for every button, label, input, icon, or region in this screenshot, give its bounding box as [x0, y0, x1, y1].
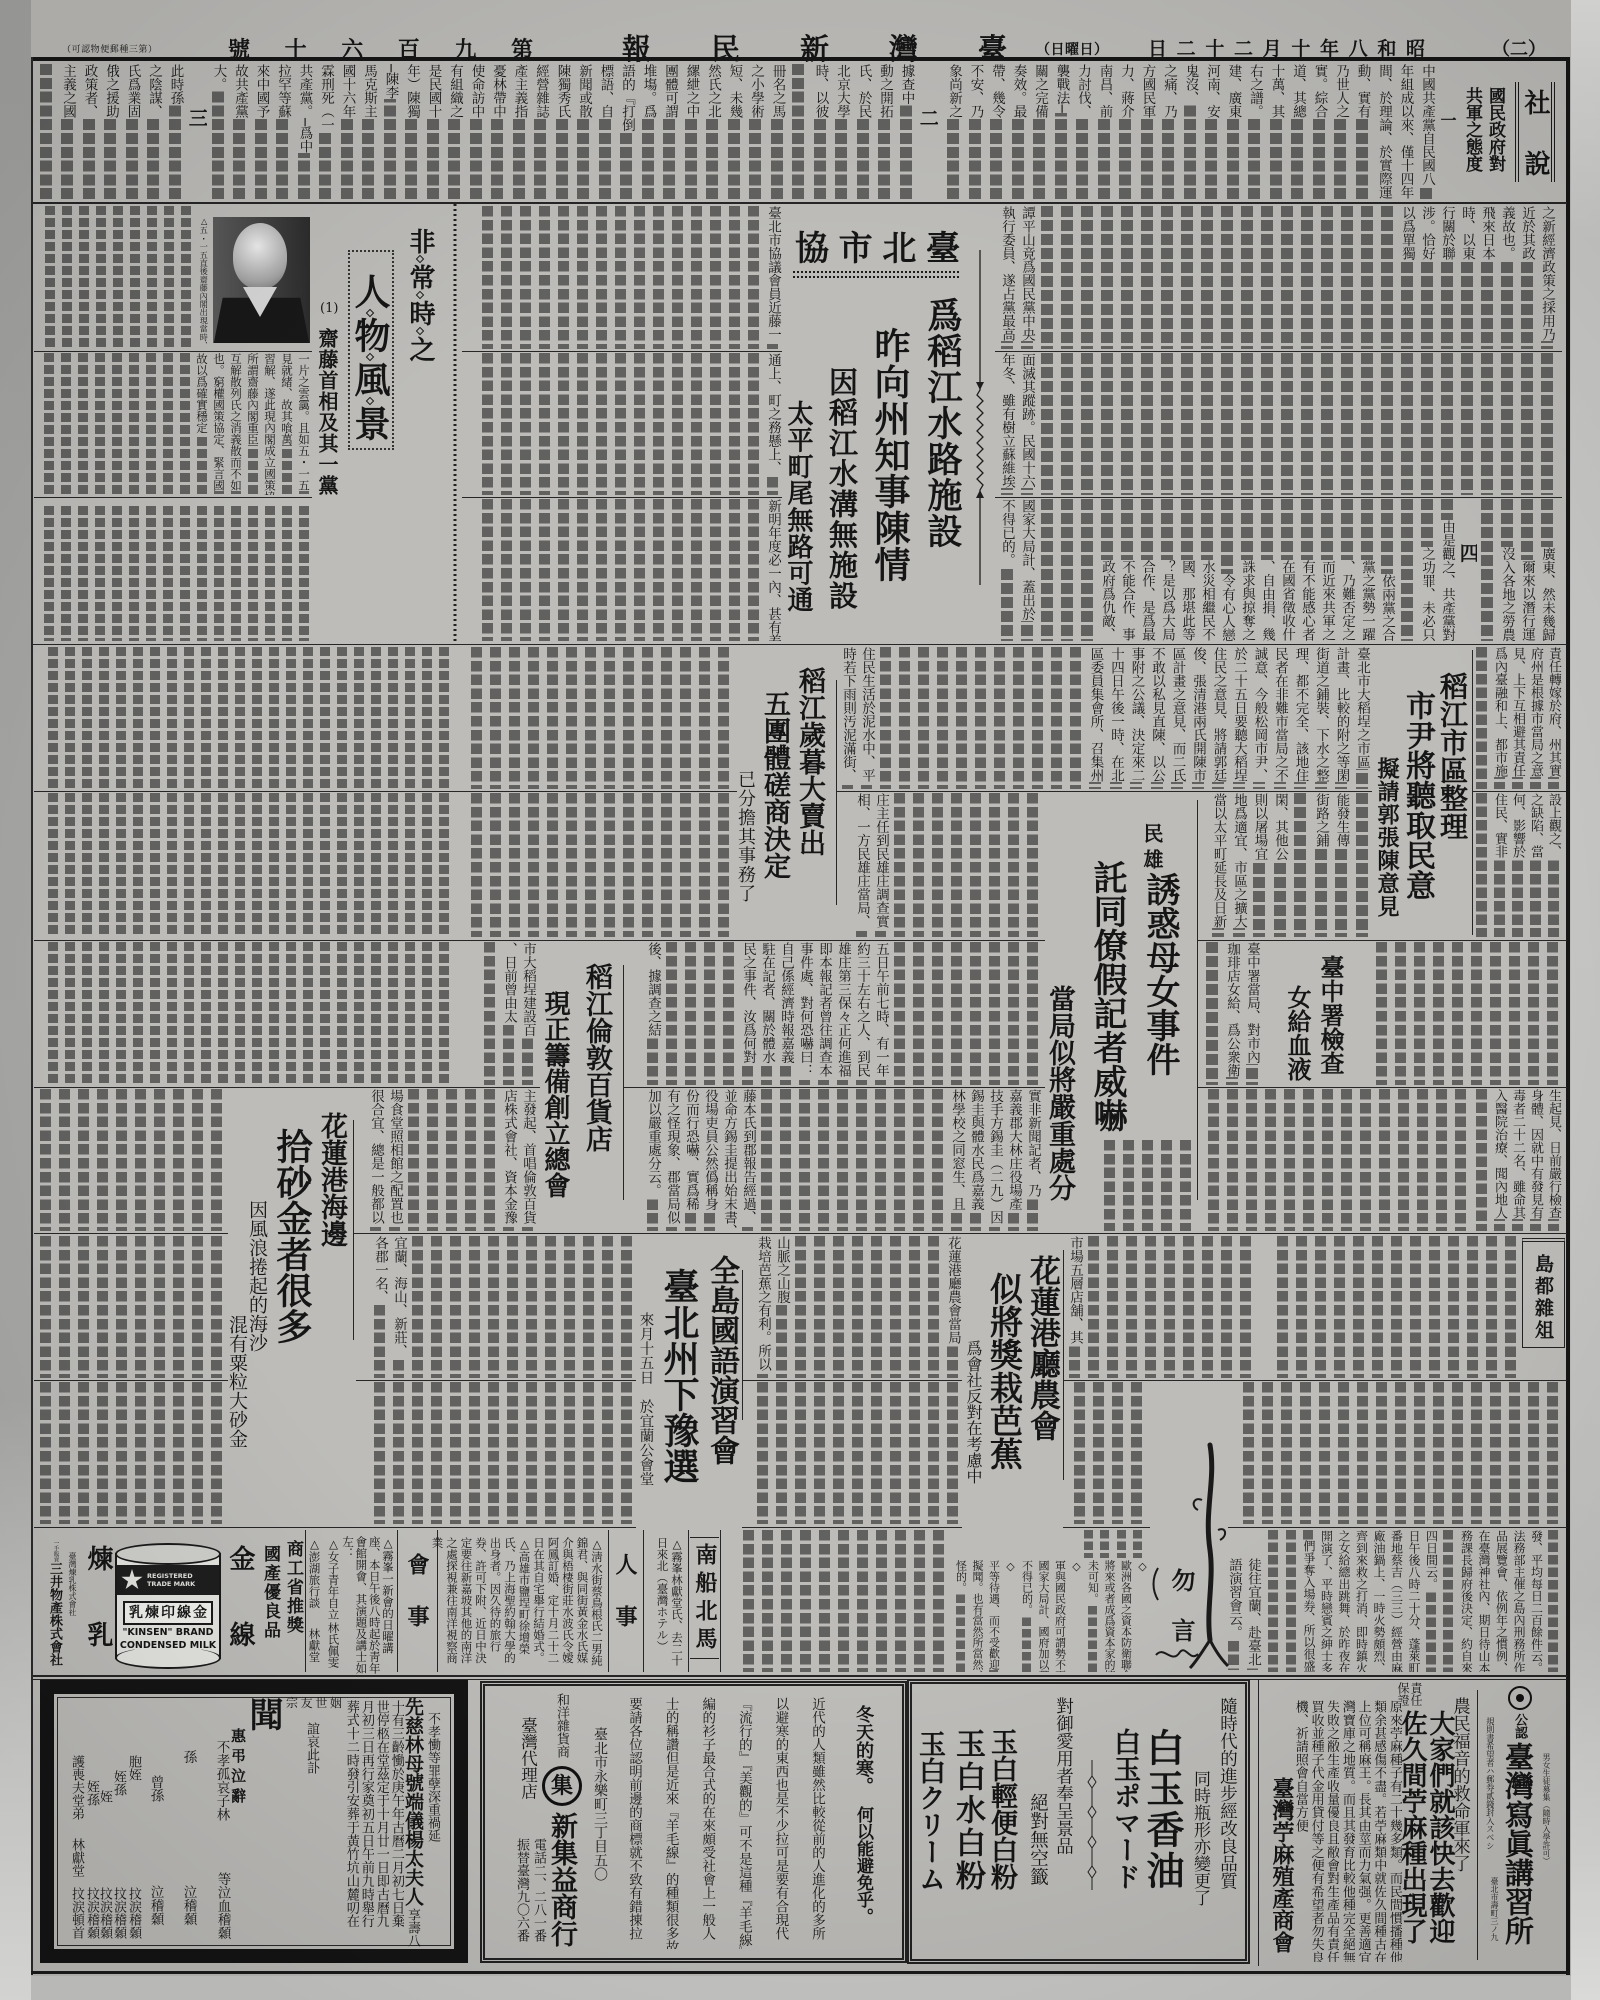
illegible-text-column	[299, 793, 316, 937]
column-text: 冊名之馬	[766, 64, 788, 118]
text-column: 故以爲確實穩定	[193, 353, 210, 495]
column-text: 廣東、然未幾歸	[1537, 547, 1557, 642]
column-text: 主發起、首唱倫敦百貨	[518, 1089, 537, 1224]
illegible-text-column	[905, 1382, 924, 1524]
text-column: 、日前曾由太	[499, 942, 518, 1085]
column-text: 行關於聯	[1437, 206, 1457, 260]
illegible-text-column	[1505, 942, 1524, 1085]
portrait-head	[233, 223, 287, 289]
illegible-text-column	[1377, 206, 1397, 349]
illegible-text-column	[231, 793, 248, 937]
text-column: 而近來共軍之	[1317, 499, 1337, 641]
illegible-text-column	[829, 1382, 848, 1524]
baiyu-product-hair-oil: 白玉香油	[1143, 1728, 1181, 1892]
illegible-text-column	[1217, 206, 1237, 349]
illegible-text-column	[1497, 353, 1517, 495]
marker-marker-column: ◇	[1068, 1560, 1085, 1672]
newspaper-page: （第三種郵便物認可） 第九百六十號 臺灣新民報 （日曜日） 昭和八年十月二十二日…	[0, 0, 1600, 2000]
text-column: 時若下雨則汚泥滿街、	[838, 647, 857, 789]
mourner-action: 抆涙頓首	[70, 1887, 83, 1939]
text-column: 四日間云。	[1422, 1530, 1440, 1672]
marker-marker-column: ◇	[1134, 1560, 1151, 1672]
hualien-banana-headline-2: 似將獎栽芭蕉	[988, 1272, 1021, 1470]
text-column: 鬼沒、	[1179, 64, 1201, 201]
xinjiyi-headline-2: 何以能避免乎。	[854, 1806, 871, 1925]
column-text: 涉。恰好	[1417, 206, 1437, 260]
column-text: 故共產黨	[229, 64, 251, 118]
column-rule	[462, 497, 782, 498]
text-column: 『流行的』『美觀的』可不是這種『羊毛線』來	[725, 1697, 762, 1949]
illegible-text-column	[1157, 206, 1177, 349]
frame-right-rule	[1566, 57, 1570, 1975]
city-miscellany-body-row-10: 發、平均每日二百餘件云。法務部主催之島內刑務所作品展覽會、依例年之慣例、在臺灣神…	[1262, 1530, 1562, 1672]
column-text: 之小學術	[745, 64, 767, 118]
illegible-text-column	[367, 793, 384, 937]
illegible-text-column	[649, 499, 668, 641]
text-column: 關之完備	[1029, 64, 1051, 201]
column-text: 開演了、平時戀賓之紳士多都	[1317, 1530, 1335, 1672]
text-column: 政策者、	[78, 64, 100, 201]
minxiong-body-row-5: 庄主任到民雄庄調查實相、一方民雄庄當局、	[836, 793, 1042, 937]
editorial-continued-row-3: 廣東、然未幾歸爾來以潛行運沒入各地之勞農四由是觀之、共產黨對之功罪、未必只依兩黨…	[995, 499, 1557, 641]
illegible-text-column	[210, 506, 227, 641]
column-text: 失敗之敝生產收量優良且敝會對生產品有責任	[1324, 1700, 1340, 1962]
illegible-text-column	[1179, 1236, 1198, 1378]
illegible-text-column	[1297, 353, 1317, 495]
mourner-action: 泣稽顙	[181, 1885, 195, 1926]
illegible-text-column	[265, 793, 282, 937]
text-column: 通上、町之務懸上、	[763, 353, 782, 495]
illegible-text-column	[1236, 1236, 1255, 1378]
column-text: 年組成以來、僅十四年	[1394, 64, 1416, 199]
illegible-text-column	[423, 1089, 442, 1231]
illegible-text-column	[1217, 353, 1237, 495]
xinjiyi-headline-1: 冬天的寒。	[854, 1705, 872, 1795]
illegible-text-column	[163, 647, 180, 789]
text-column: 臺北市協議會員近藤一	[763, 206, 782, 349]
text-column: 依兩黨之合	[1377, 499, 1397, 641]
condensed-milk-can: REGISTERED TRADE MARK 金線印煉乳 "KINSEN" BRA…	[115, 1543, 221, 1669]
column-text: 四日間云。	[1422, 1530, 1440, 1590]
column-rule	[1197, 940, 1567, 941]
column-text: 右之譜。	[1244, 64, 1266, 118]
column-text: 由是觀之、共產黨對	[1437, 520, 1457, 642]
column-text: 區計畫之意見、而二氏	[1167, 647, 1188, 782]
illegible-text-column	[1413, 1089, 1432, 1231]
illegible-text-column	[36, 1089, 55, 1231]
column-text: 有之怪現象、郡當局似	[662, 1089, 681, 1224]
illegible-text-column	[1318, 1089, 1337, 1231]
column-text: 錫圭與體水民爲嘉義	[966, 1089, 985, 1211]
hualien-banana-subhead: 爲會社反對在考慮中	[965, 1340, 981, 1484]
text-column: 相、一方民雄庄當局、	[852, 793, 871, 937]
illegible-text-column	[367, 647, 384, 789]
text-column: 事件處、對何恐嚇曰：	[795, 942, 814, 1085]
illegible-text-column	[1265, 1530, 1283, 1672]
column-text: 不敢以私見直陳、以公	[1147, 647, 1168, 782]
text-column: 買收並種子代金用貸付等之便有希望者勿失良	[1308, 1700, 1324, 1962]
column-rule	[995, 351, 1562, 352]
illegible-text-column	[480, 1089, 499, 1231]
illegible-text-column	[1257, 353, 1277, 495]
illegible-text-column	[725, 353, 744, 495]
illegible-text-column	[1127, 1382, 1146, 1524]
text-column: 府州是根據市當局之意	[1526, 647, 1544, 789]
text-column: 份而行恐嚇、實爲稀	[681, 1089, 700, 1231]
text-column: 發、平均每日二百餘件云。	[1527, 1530, 1545, 1672]
illegible-text-column	[535, 206, 554, 349]
illegible-text-column	[1368, 1236, 1387, 1378]
illegible-text-column	[1357, 206, 1377, 349]
column-rule	[742, 1380, 962, 1381]
column-text: 互解散列氏之消義散而不如	[227, 353, 244, 491]
text-column: 故共產黨	[229, 64, 251, 201]
column-text: 上位可稱麻王。長其由莖而力氣强。更善適宜臺	[1355, 1700, 1371, 1962]
column-text: 令有心人戀	[1217, 574, 1237, 642]
text-column: 年冬、雖有樹立蘇維埃	[997, 353, 1017, 495]
marker-marker-column: ◇	[1002, 1560, 1019, 1672]
illegible-text-column	[1223, 1089, 1242, 1231]
short-comment-body: ◇歐洲各國之資本防衛聯合。將來或者成爲資本家的擁護之未可知。◇軍與國民政府可謂勢…	[950, 1560, 1150, 1672]
illegible-text-column	[619, 793, 638, 937]
illegible-text-column	[1543, 942, 1562, 1085]
column-text: 在國省徵收什	[1277, 560, 1297, 641]
text-column: 臺中署當局、對市內	[1242, 942, 1262, 1085]
mourner-action: 抆涙稽顙	[112, 1887, 125, 1939]
column-rule	[1477, 1690, 1478, 1960]
text-column: 所謂齋藤內閣重臣	[244, 353, 261, 495]
text-column: 十四日午後一時、在北	[1106, 647, 1127, 789]
mourner-action: 抆涙稽顙	[127, 1887, 140, 1939]
column-rule	[608, 1530, 609, 1672]
text-column: 區委員集會所、召集州	[1085, 647, 1106, 789]
column-text: 嘉義郡大林庄役場產	[1004, 1089, 1023, 1211]
illegible-text-column	[966, 942, 985, 1085]
illegible-text-column	[739, 1530, 758, 1672]
illegible-text-column	[427, 1382, 446, 1524]
text-column: 不得已的。	[1018, 1560, 1035, 1672]
xinjiyi-business-type: 和洋雜貨商	[555, 1693, 568, 1758]
text-column: 力、蔣介	[1115, 64, 1137, 201]
meeting-topic: △女子青年自立	[327, 1537, 339, 1620]
illegible-text-column	[1317, 206, 1337, 349]
illegible-text-column	[1239, 1382, 1258, 1524]
illegible-text-column	[150, 1236, 169, 1378]
illegible-text-column	[1280, 1089, 1299, 1231]
column-text: 住民之意見、將請郭廷	[1208, 647, 1229, 782]
illegible-text-column	[427, 1236, 446, 1378]
illegible-text-column	[159, 506, 176, 641]
illegible-text-column	[516, 499, 535, 641]
illegible-text-column	[1501, 1236, 1520, 1378]
illegible-text-column	[1097, 353, 1117, 495]
column-rule	[305, 1530, 306, 1672]
text-column: 有組織之	[444, 64, 466, 201]
illegible-text-column	[143, 206, 160, 349]
text-column: 齊到來救之打消、即時鎮火了。	[1352, 1530, 1370, 1672]
text-column: 飛來日本	[1477, 206, 1497, 349]
illegible-text-column	[350, 942, 367, 1085]
column-text: 俄之援助	[100, 64, 122, 118]
column-text: 帶、幾令	[986, 64, 1008, 118]
illegible-text-column	[1258, 1382, 1277, 1524]
illegible-text-column	[796, 1530, 815, 1672]
illegible-text-column	[40, 353, 57, 495]
text-column: 、自由捐、幾	[1257, 499, 1277, 641]
meeting-topic: △澎湖旅行談	[308, 1537, 320, 1609]
illegible-text-column	[248, 793, 265, 937]
illegible-text-column	[1023, 793, 1042, 937]
illegible-text-column	[516, 353, 535, 495]
text-column: 閑、其他公	[1270, 793, 1291, 937]
text-column: 以爲單獨	[1397, 206, 1417, 349]
illegible-text-column	[1397, 499, 1417, 641]
illegible-text-column	[1157, 1140, 1176, 1231]
year-end-sale-headline-1: 稻江歲暮大賣出	[796, 667, 823, 856]
year-end-sale-body-row-5	[455, 793, 733, 937]
illegible-text-column	[74, 1236, 93, 1378]
illegible-text-column	[207, 1089, 226, 1231]
illegible-text-column	[214, 942, 231, 1085]
illegible-text-column	[109, 206, 126, 349]
column-text: 役場吏員公然僞稱身	[700, 1089, 719, 1211]
text-column: 街路之鋪	[1311, 793, 1332, 937]
illegible-text-column	[484, 1382, 503, 1524]
text-column: 失敗之敝生產收量優良且敝會對生產品有責任	[1324, 1700, 1340, 1962]
illegible-text-column	[829, 1236, 848, 1378]
column-rule	[34, 1380, 228, 1381]
london-store-headline-1: 稻江倫敦百貨店	[583, 963, 610, 1152]
taipei-council-body-continued-row-4: 責任轉嫁於府、州其實府州是根據市當局之意見、上下互相避其責任爲內臺融和上、都市施	[1472, 647, 1562, 789]
illegible-text-column	[1137, 353, 1157, 495]
column-text: 珈琲店女給、爲公衆衛	[1222, 942, 1242, 1077]
illegible-text-column	[543, 793, 562, 937]
column-text: 日午後八時二十分、蓬萊町	[1405, 1530, 1423, 1672]
illegible-text-column	[1315, 1382, 1334, 1524]
column-text: 灣寶庫之地質。而且其發育比較他種完全絕無	[1339, 1700, 1355, 1962]
photo-school-prospectus-note: 規則書希望者ハ郵券貳錢封入スベシ	[1486, 1717, 1494, 1850]
illegible-text-column	[1292, 1236, 1311, 1378]
text-column: 珈琲店女給、爲公衆衛	[1222, 942, 1242, 1085]
column-rule	[1063, 1527, 1150, 1528]
column-text: 庄主任到民雄庄調查實	[871, 793, 890, 928]
illegible-text-column	[617, 1382, 636, 1524]
xinjiyi-body: 近代的人類雖然比較從前的人進化的多所以避寒的東西也是不少拉可是要有合現代『流行的…	[615, 1697, 835, 1949]
illegible-text-column	[370, 1382, 389, 1524]
column-text: 奏效。最	[1007, 64, 1029, 118]
illegible-text-column	[408, 1382, 427, 1524]
column-text: 此時孫	[164, 64, 186, 105]
column-text: 約三十左右之人、到民	[852, 942, 871, 1077]
illegible-text-column	[554, 353, 573, 495]
column-text: 店株式會社、資本金豫	[499, 1089, 518, 1224]
illegible-text-column	[265, 942, 282, 1085]
illegible-text-column	[1057, 499, 1077, 641]
column-text: 栽培芭蕉之有利。所以	[753, 1236, 772, 1371]
illegible-text-column	[1432, 1089, 1451, 1231]
illegible-text-column	[1197, 353, 1217, 495]
column-text: 近代的人類雖然比較從前的人進化的多所	[798, 1697, 835, 1940]
text-column: 不得已的。	[997, 499, 1017, 641]
text-column: 合作、是爲最	[1137, 499, 1157, 641]
dadaocheng-headline-2: 市尹將聽取民意	[1402, 690, 1432, 900]
text-column: 中國共產黨自民國八	[1416, 64, 1438, 201]
text-column: 霖刑死（一	[315, 64, 337, 201]
text-column: 是民國十	[422, 64, 444, 201]
hualien-gold-subhead-2: 混有粟粒大砂金	[227, 1315, 246, 1448]
illegible-text-column	[55, 1236, 74, 1378]
illegible-text-column	[1089, 1382, 1108, 1524]
column-text: 、自由捐、幾	[1257, 560, 1277, 641]
illegible-text-column	[1477, 499, 1497, 641]
ramie-company: 臺灣苧麻殖產商會	[1271, 1777, 1293, 1953]
column-rule	[643, 1530, 644, 1672]
text-column: 使命訪中	[465, 64, 487, 201]
text-column: 涉。恰好	[1417, 206, 1437, 349]
illegible-text-column	[35, 64, 57, 201]
illegible-text-column	[176, 506, 193, 641]
illegible-text-column	[924, 1382, 943, 1524]
illegible-text-column	[316, 793, 333, 937]
text-column: 爲內臺融和上、都市施	[1490, 647, 1508, 789]
illegible-text-column	[231, 942, 248, 1085]
text-column: 誅求與掠奪之	[1237, 499, 1257, 641]
column-text: 『流行的』『美觀的』可不是這種『羊毛線』來	[725, 1697, 762, 1949]
text-column: 面滅其蹤跡。民國十六	[1017, 353, 1037, 495]
illegible-text-column	[150, 1382, 169, 1524]
illegible-text-column	[725, 206, 744, 349]
mourner-relation: 姪	[98, 1790, 111, 1803]
illegible-text-column	[74, 1382, 93, 1524]
column-text: 擬聞。也有當然所當然、不	[969, 1560, 986, 1672]
column-text: 臺北市大稻埕之市區	[1352, 647, 1373, 769]
illegible-text-column	[44, 647, 61, 789]
illegible-text-column	[163, 793, 180, 937]
illegible-text-column	[1117, 353, 1137, 495]
column-text: 霖刑死（一	[315, 64, 337, 132]
column-text: 番地蔡吉（三三）經營由麻油	[1387, 1530, 1405, 1672]
column-rule	[623, 965, 624, 1200]
column-rule	[356, 1380, 636, 1381]
taipei-council-body-row-2: 通上、町之務懸上、	[462, 353, 782, 495]
column-text: 三	[186, 108, 208, 128]
illegible-text-column	[176, 353, 193, 495]
illegible-text-column	[197, 647, 214, 789]
illegible-text-column	[55, 1089, 74, 1231]
taipei-council-body-continued-row-5: 設上觀之、之缺陷、當何、影響於住民、實非	[1472, 793, 1562, 937]
text-column: 習解、遂此現內閣成立國策協	[261, 353, 278, 495]
illegible-text-column	[1084, 1236, 1103, 1378]
text-column: ─陳李	[379, 64, 401, 201]
text-column: 當以太平町延長及日新	[1208, 793, 1229, 937]
illegible-text-column	[108, 506, 125, 641]
column-text: 住民生活於泥水中、平	[857, 647, 876, 782]
text-column: 很合宜、總是一般都以	[366, 1089, 385, 1231]
illegible-text-column	[295, 506, 312, 641]
illegible-text-column	[299, 647, 316, 789]
text-column: 上位可稱麻王。長其由莖而力氣强。更善適宜臺	[1355, 1700, 1371, 1962]
illegible-text-column	[516, 206, 535, 349]
column-text: 氏、於民	[852, 64, 874, 118]
column-text: 有不能感心者	[1297, 560, 1317, 641]
text-column: 新聞或散	[573, 64, 595, 201]
column-text: 很合宜、總是一般都以	[366, 1089, 385, 1224]
column-text: 政策者、	[78, 64, 100, 118]
column-text: 在臺灣神社內、期日待山本法	[1475, 1530, 1493, 1672]
city-miscellany-body-row-8	[1262, 1236, 1520, 1378]
xinjiyi-address: 臺北市永樂町三丁目五〇	[593, 1727, 607, 1881]
illegible-text-column	[1375, 1089, 1394, 1231]
minxiong-body-row-6: 五日午前七時、有一年約三十左右之人、到民雄庄第三保々正何進福即本報記者曾往調查本…	[640, 942, 1042, 1085]
illegible-text-column	[1477, 353, 1497, 495]
column-text: 加以嚴重處分云。	[643, 1089, 662, 1197]
xinjiyi-transfer-account: 振替臺灣九〇六番	[515, 1838, 528, 1942]
editorial-title-line-2: 共軍之態度	[1463, 87, 1480, 172]
text-column: 馬克斯主	[358, 64, 380, 201]
ramie-headline-2: 佐久間苧麻種出現了	[1399, 1710, 1425, 1944]
illegible-text-column	[61, 647, 78, 789]
illegible-text-column	[1486, 942, 1505, 1085]
illegible-text-column	[44, 793, 61, 937]
illegible-text-column	[649, 206, 668, 349]
mourner-relation: 護喪夫堂弟	[70, 1755, 83, 1820]
illegible-text-column	[1353, 1382, 1372, 1524]
illegible-text-column	[503, 1382, 522, 1524]
illegible-text-column	[928, 942, 947, 1085]
illegible-text-column	[78, 942, 95, 1085]
column-text: 通上、町之務懸上、	[763, 353, 782, 475]
misc-body-row-7-middle	[1200, 1089, 1470, 1231]
illegible-text-column	[611, 499, 630, 641]
illegible-text-column	[465, 1382, 484, 1524]
illegible-text-column	[1444, 1236, 1463, 1378]
illegible-text-column	[1448, 942, 1467, 1085]
text-column: 近代的人類雖然比較從前的人進化的多所	[798, 1697, 835, 1949]
illegible-text-column	[333, 647, 350, 789]
column-text: 區委員集會所、召集州	[1085, 647, 1106, 782]
column-text: 標語、自	[594, 64, 616, 118]
column-text: 憂林帶中	[487, 64, 509, 118]
illegible-text-column	[193, 506, 210, 641]
column-text: 新聞或散	[573, 64, 595, 118]
column-text: 民者在非難市當局之不	[1270, 647, 1291, 782]
illegible-text-column	[75, 206, 92, 349]
text-column: 右之譜。	[1244, 64, 1266, 201]
weekday: （日曜日）	[1036, 43, 1108, 57]
text-column: 見就緒、故其喰萬	[278, 353, 295, 495]
column-text: 後、據調查之結	[643, 942, 662, 1037]
illegible-text-column	[108, 353, 125, 495]
text-column: 堆塲。爲	[637, 64, 659, 201]
illegible-text-column	[657, 793, 676, 937]
text-column: 短、未幾	[723, 64, 745, 201]
text-column: 令有心人戀	[1217, 499, 1237, 641]
illegible-text-column	[57, 353, 74, 495]
column-text: 中國共產黨自民國八	[1416, 64, 1438, 186]
text-column: 平等待遇、而不受歡迎	[985, 1560, 1002, 1672]
column-text: 不安、乃	[964, 64, 986, 118]
text-column: 譚平山竟爲國民黨中央	[1017, 206, 1037, 349]
dadaocheng-headline-1: 稻江市區整理	[1438, 672, 1466, 840]
text-column: 住民生活於泥水中、平	[857, 647, 876, 789]
column-text: 們爭奪入場券、所以很盛	[1300, 1540, 1318, 1672]
column-text: 飛來日本	[1477, 206, 1497, 260]
minxiong-headline-1: 誘惑母女事件	[1143, 872, 1177, 1076]
illegible-text-column	[248, 942, 265, 1085]
text-column: 國家大局計、國府加以彈壓、	[1035, 1560, 1052, 1672]
taipei-council-body-row-3: 新明年度必一內、甚有差別的待遇	[462, 499, 782, 641]
personalities-kicker: 非常時之	[407, 228, 433, 372]
